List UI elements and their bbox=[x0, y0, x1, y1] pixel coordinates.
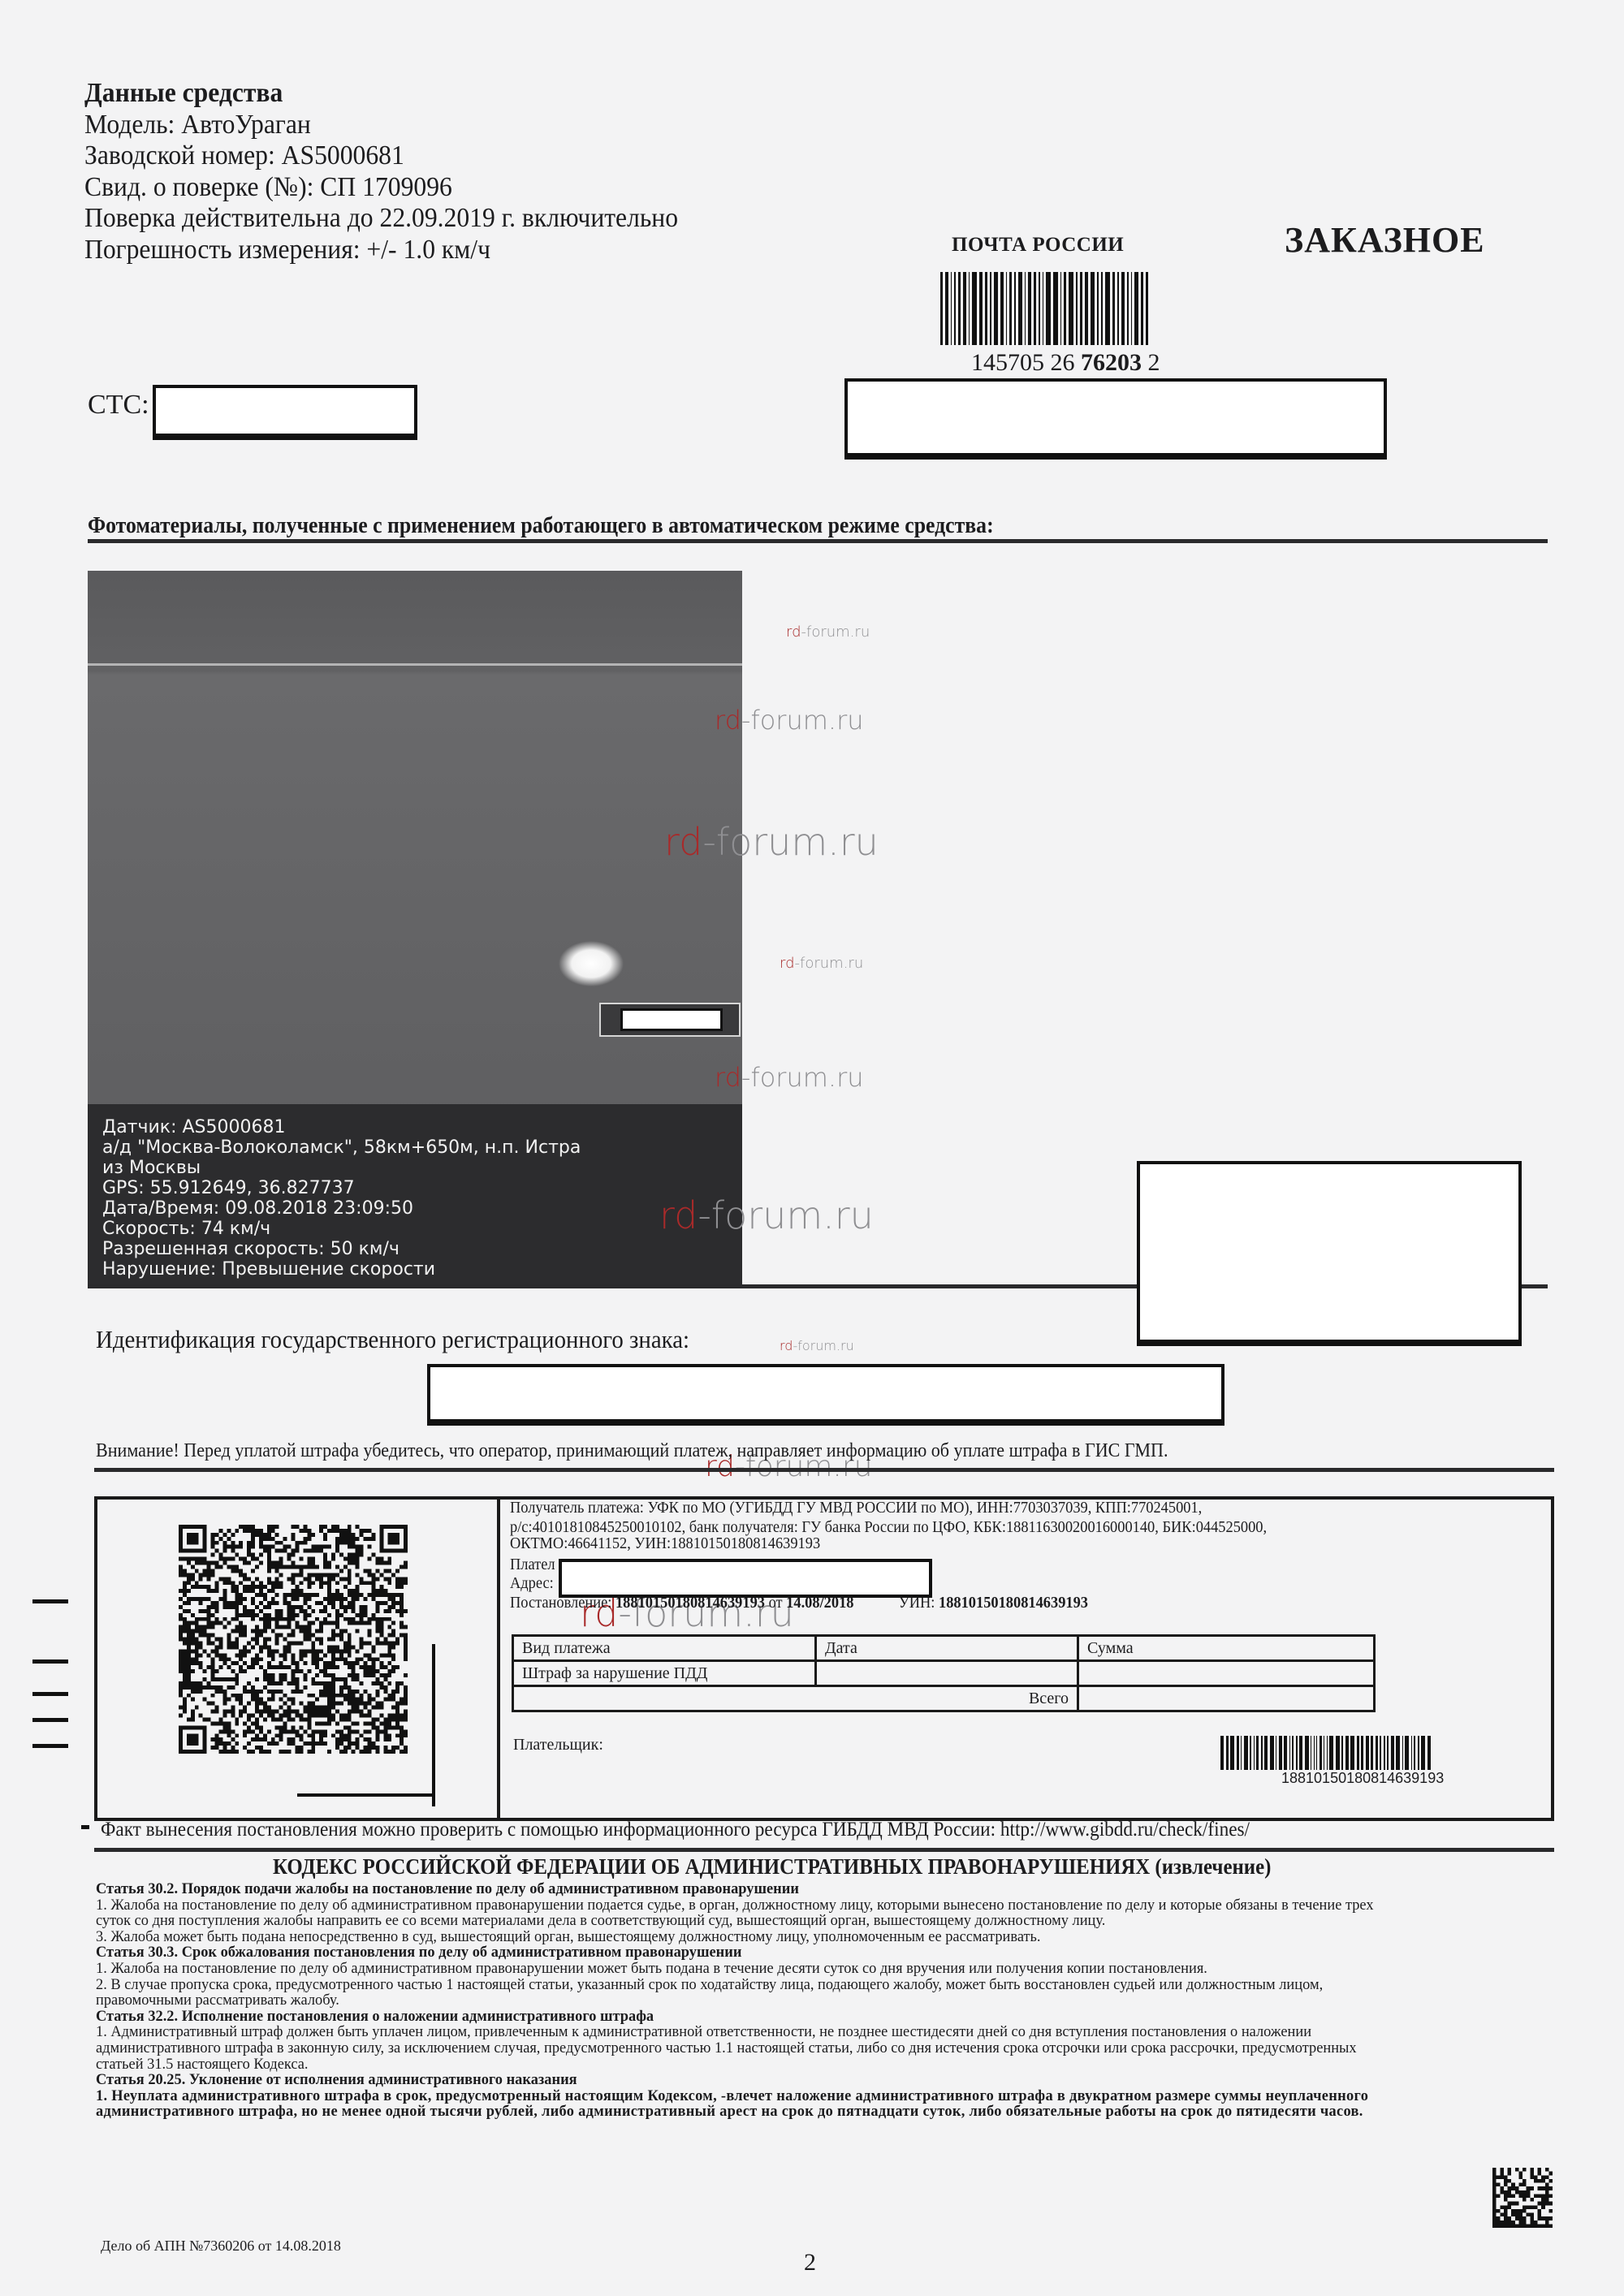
law-extract: Статья 30.2. Порядок подачи жалобы на по… bbox=[96, 1882, 1557, 2121]
margin-mark bbox=[32, 1659, 68, 1664]
margin-mark bbox=[81, 1825, 89, 1829]
datamatrix-code bbox=[1492, 2168, 1553, 2228]
table-header-row: Вид платежа Дата Сумма bbox=[513, 1636, 1375, 1661]
sts-label: СТС: bbox=[88, 390, 149, 421]
margin-mark bbox=[32, 1599, 68, 1603]
law-paragraph: административного штрафа, но не менее од… bbox=[96, 2104, 1548, 2121]
watermark: rd-forum.ru bbox=[659, 1193, 874, 1237]
payment-qr-code bbox=[175, 1525, 411, 1754]
table-total-value bbox=[1078, 1686, 1375, 1711]
law-extract-title: КОДЕКС РОССИЙСКОЙ ФЕДЕРАЦИИ ОБ АДМИНИСТР… bbox=[273, 1854, 1271, 1880]
watermark: rd-forum.ru bbox=[664, 820, 879, 864]
redacted-payer bbox=[559, 1559, 932, 1598]
table-cell: Штраф за нарушение ПДД bbox=[513, 1661, 816, 1686]
law-paragraph: 3. Жалоба может быть подана непосредстве… bbox=[96, 1930, 1548, 1946]
case-number: Дело об АПН №7360206 от 14.08.2018 bbox=[101, 2238, 341, 2255]
payer-label: Плательщик: bbox=[513, 1736, 603, 1754]
tracking-number: 145705 26 76203 2 bbox=[971, 349, 1160, 377]
watermark: rd-forum.ru bbox=[715, 705, 864, 736]
table-total-label: Всего bbox=[513, 1686, 1078, 1711]
redacted-plate-identification bbox=[427, 1364, 1224, 1422]
watermark: rd-forum.ru bbox=[786, 624, 870, 641]
payment-barcode bbox=[1220, 1736, 1464, 1770]
device-certificate: Свид. о поверке (№): СП 1709096 bbox=[84, 172, 678, 204]
law-paragraph: правомочными рассматривать жалобу. bbox=[96, 1993, 1548, 2009]
redacted-plate bbox=[620, 1008, 723, 1031]
photo-fold bbox=[88, 663, 742, 666]
photo-overlay-text: Датчик: AS5000681а/д "Москва-Волоколамск… bbox=[102, 1117, 581, 1280]
payment-barcode-number: 18810150180814639193 bbox=[1281, 1770, 1444, 1787]
photo-section-heading: Фотоматериалы, полученные с применением … bbox=[88, 513, 994, 539]
table-header: Вид платежа bbox=[513, 1636, 816, 1661]
fact-check-notice: Факт вынесения постановления можно прове… bbox=[101, 1819, 1250, 1841]
watermark: rd-forum.ru bbox=[780, 1338, 854, 1353]
law-paragraph: суток со дня поступления жалобы направит… bbox=[96, 1914, 1548, 1930]
table-cell bbox=[816, 1661, 1078, 1686]
overlay-line: Скорость: 74 км/ч bbox=[102, 1219, 581, 1239]
law-article-heading: Статья 30.3. Срок обжалования постановле… bbox=[96, 1945, 1548, 1962]
law-paragraph: 1. Неуплата административного штрафа в с… bbox=[96, 2089, 1548, 2105]
payment-warning: Внимание! Перед уплатой штрафа убедитесь… bbox=[96, 1440, 1168, 1462]
payment-oktmo: ОКТМО:46641152, УИН:18810150180814639193 bbox=[510, 1534, 1267, 1554]
table-cell bbox=[1078, 1661, 1375, 1686]
divider bbox=[94, 1468, 1554, 1472]
margin-mark bbox=[32, 1744, 68, 1748]
law-article-heading: Статья 32.2. Исполнение постановления о … bbox=[96, 2009, 1548, 2026]
device-info: Данные средства Модель: АвтоУраган Завод… bbox=[84, 78, 723, 265]
photo-info-panel: Датчик: AS5000681а/д "Москва-Волоколамск… bbox=[88, 1104, 742, 1287]
law-paragraph: статьей 31.5 настоящего Кодекса. bbox=[96, 2057, 1548, 2074]
law-paragraph: 1. Жалоба на постановление по делу об ад… bbox=[96, 1962, 1548, 1978]
law-paragraph: 1. Административный штраф должен быть уп… bbox=[96, 2025, 1548, 2041]
tracking-barcode bbox=[940, 272, 1184, 345]
payment-recipient: Получатель платежа: УФК по МО (УГИБДД ГУ… bbox=[510, 1499, 1267, 1518]
post-carrier: ПОЧТА РОССИИ bbox=[952, 234, 1124, 257]
table-row: Штраф за нарушение ПДД bbox=[513, 1661, 1375, 1686]
law-article-heading: Статья 20.25. Уклонение от исполнения ад… bbox=[96, 2073, 1548, 2089]
device-heading: Данные средства bbox=[84, 78, 678, 110]
divider bbox=[88, 539, 1548, 543]
device-model: Модель: АвтоУраган bbox=[84, 110, 678, 141]
watermark: rd-forum.ru bbox=[715, 1062, 864, 1093]
overlay-line: Датчик: AS5000681 bbox=[102, 1117, 581, 1137]
redacted-sts bbox=[153, 385, 417, 437]
plate-identification-label: Идентификация государственного регистрац… bbox=[96, 1325, 689, 1354]
law-paragraph: 1. Жалоба на постановление по делу об ад… bbox=[96, 1898, 1548, 1914]
divider bbox=[94, 1848, 1554, 1852]
registered-mail-label: ЗАКАЗНОЕ bbox=[1285, 219, 1485, 261]
margin-mark bbox=[32, 1692, 68, 1696]
plate-crop-frame bbox=[599, 1003, 741, 1037]
table-total-row: Всего bbox=[513, 1686, 1375, 1711]
overlay-line: GPS: 55.912649, 36.827737 bbox=[102, 1178, 581, 1198]
qr-corner-mark bbox=[297, 1793, 435, 1797]
qr-corner-mark bbox=[432, 1644, 435, 1806]
overlay-line: Разрешенная скорость: 50 км/ч bbox=[102, 1239, 581, 1259]
law-article-heading: Статья 30.2. Порядок подачи жалобы на по… bbox=[96, 1882, 1548, 1898]
watermark: rd-forum.ru bbox=[780, 955, 863, 972]
device-serial: Заводской номер: AS5000681 bbox=[84, 140, 678, 172]
law-paragraph: административного штрафа в законную силу… bbox=[96, 2041, 1548, 2057]
redacted-address bbox=[844, 378, 1387, 456]
device-valid-until: Поверка действительна до 22.09.2019 г. в… bbox=[84, 203, 678, 235]
overlay-line: а/д "Москва-Волоколамск", 58км+650м, н.п… bbox=[102, 1137, 581, 1158]
violation-photo: Датчик: AS5000681а/д "Москва-Волоколамск… bbox=[88, 571, 742, 1287]
overlay-line: из Москвы bbox=[102, 1158, 581, 1178]
payment-slip-divider bbox=[497, 1496, 500, 1821]
margin-mark bbox=[32, 1718, 68, 1722]
law-paragraph: 2. В случае пропуска срока, предусмотрен… bbox=[96, 1978, 1548, 1994]
page-number: 2 bbox=[804, 2249, 816, 2277]
table-header: Дата bbox=[816, 1636, 1078, 1661]
overlay-line: Нарушение: Превышение скорости bbox=[102, 1259, 581, 1280]
overlay-line: Дата/Время: 09.08.2018 23:09:50 bbox=[102, 1198, 581, 1219]
table-header: Сумма bbox=[1078, 1636, 1375, 1661]
device-accuracy: Погрешность измерения: +/- 1.0 км/ч bbox=[84, 235, 678, 266]
payment-table: Вид платежа Дата Сумма Штраф за нарушени… bbox=[512, 1634, 1376, 1712]
redacted-block bbox=[1137, 1161, 1522, 1343]
